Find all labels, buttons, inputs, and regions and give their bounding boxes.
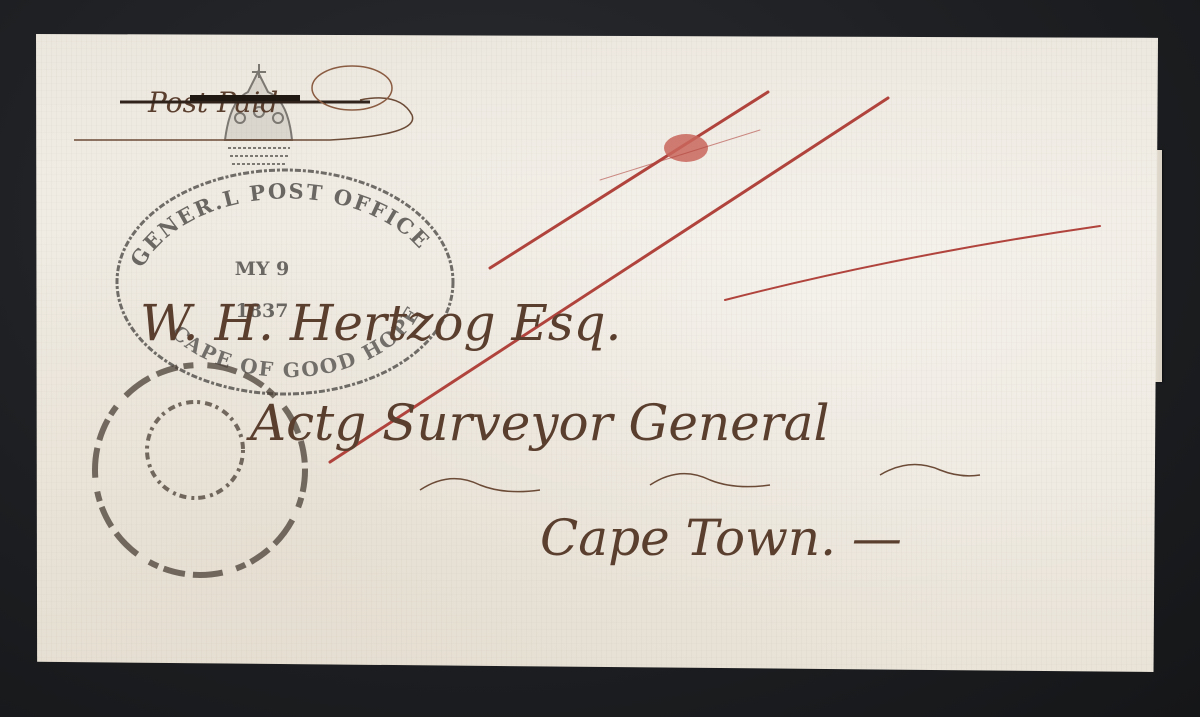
cover-markings: GENER.L POST OFFICE CAPE OF GOOD HOPE MY…	[0, 0, 1200, 717]
stamp-date-month-day: MY 9	[235, 258, 289, 280]
address-line-1: W. H. Hertzog Esq.	[140, 294, 621, 352]
oval-handstamp: GENER.L POST OFFICE CAPE OF GOOD HOPE MY…	[117, 170, 453, 394]
address-line-2: Actg Surveyor General	[246, 394, 829, 452]
address-line-3: Cape Town. —	[540, 509, 902, 567]
address-block: W. H. Hertzog Esq. Actg Surveyor General…	[140, 294, 980, 567]
